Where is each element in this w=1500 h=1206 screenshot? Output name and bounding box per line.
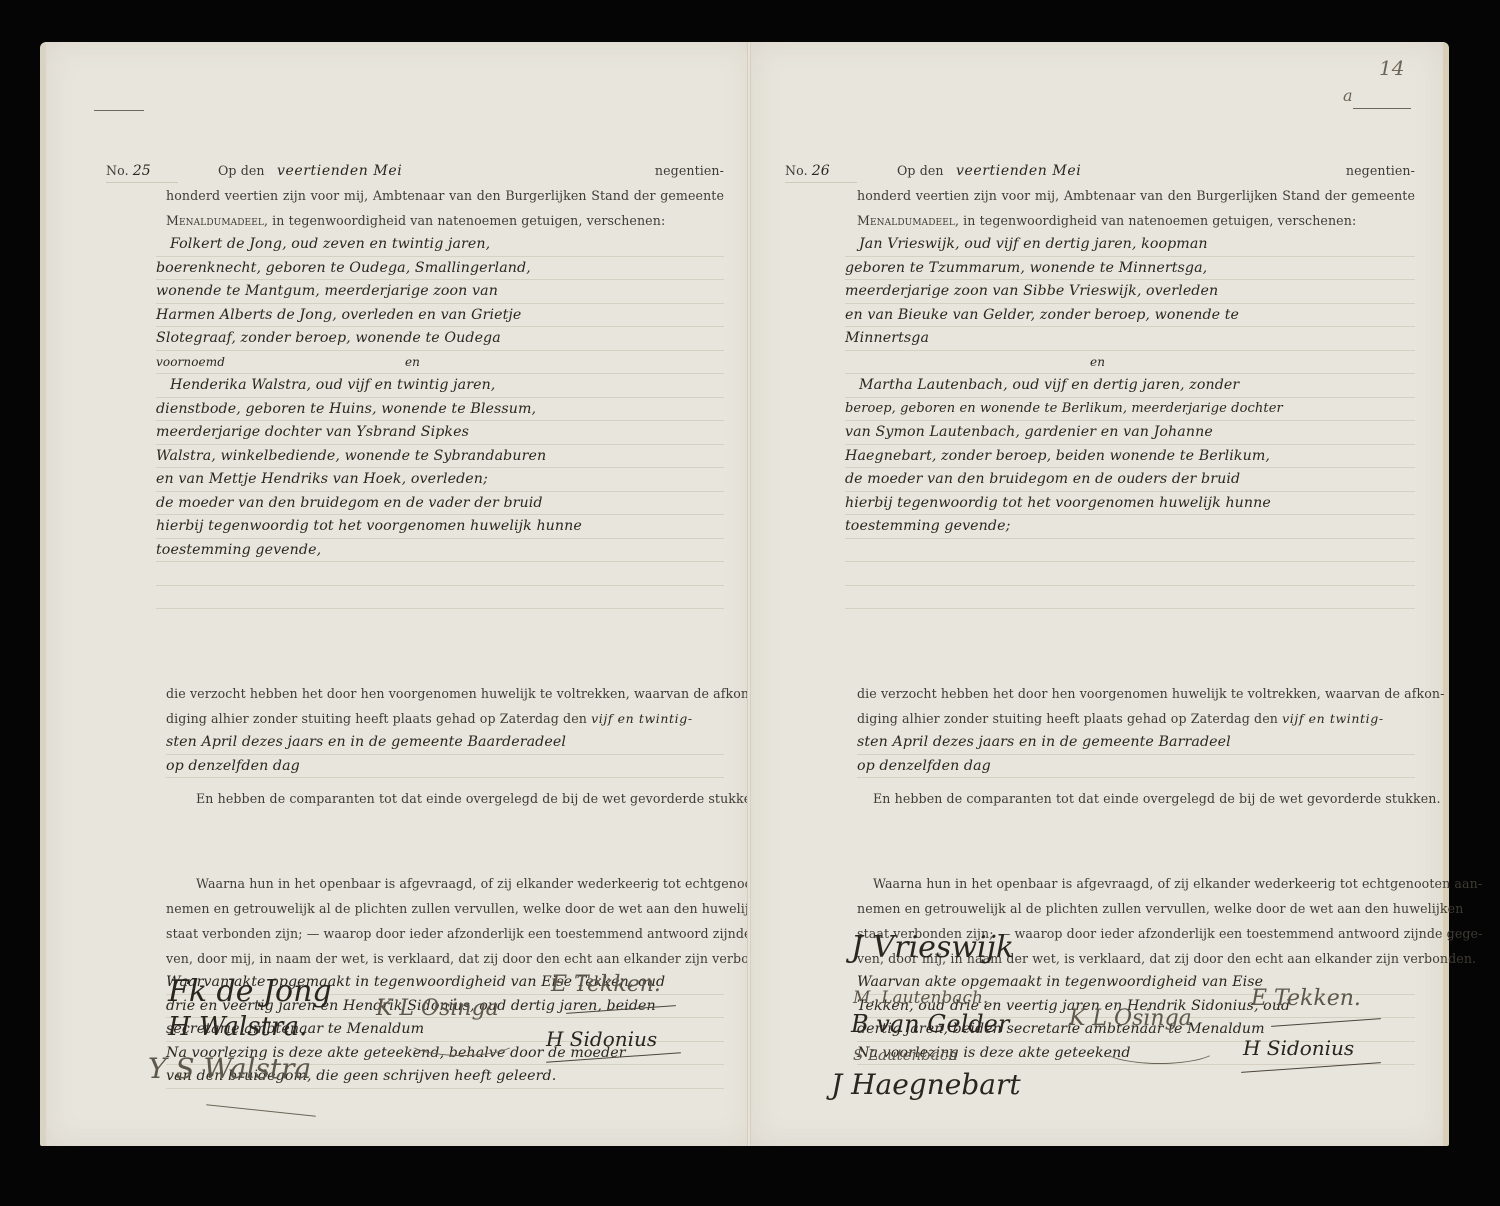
bride-line: Martha Lautenbach, oud vijf en dertig ja… — [845, 374, 1415, 398]
vows-line: nemen en getrouwelijk al de plichten zul… — [857, 896, 1415, 921]
bride-line: hierbij tegenwoordig tot het voorgenomen… — [845, 492, 1415, 516]
municipality-name: Menaldumadeel — [857, 213, 955, 228]
corner-rule — [94, 110, 144, 111]
groom-line: Folkert de Jong, oud zeven en twintig ja… — [156, 233, 724, 257]
left-page: No.25 Op den veertienden Mei negentien- … — [40, 42, 753, 1146]
proclamation-hand-line: op denzelfden dag — [166, 755, 724, 779]
marriage-date-handwritten: veertienden Mei — [277, 163, 402, 179]
proclamation-hand-line: sten April dezes jaars en in de gemeente… — [166, 731, 724, 755]
record-number: 26 — [812, 163, 830, 179]
signature-witness-sidonius: H Sidonius — [1243, 1036, 1354, 1060]
signature-flourish — [406, 1024, 518, 1056]
groom-line: Slotegraaf, zonder beroep, wonende te Ou… — [156, 327, 724, 351]
record-number: 25 — [133, 163, 151, 179]
line1-suffix: negentien- — [1346, 158, 1415, 183]
vows-line: Waarna hun in het openbaar is afgevraagd… — [857, 871, 1415, 896]
bride-line: Walstra, winkelbediende, wonende te Sybr… — [156, 445, 724, 469]
proclamation-section: die verzocht hebben het door hen voorgen… — [785, 681, 1415, 811]
and-word: en — [1090, 351, 1105, 373]
vows-line: ven, door mij, in naam der wet, is verkl… — [166, 946, 724, 971]
signature-groom: Fk de Jong — [168, 974, 332, 1009]
groom-line: Minnertsga — [845, 327, 1415, 351]
marriage-date-handwritten: veertienden Mei — [956, 163, 1081, 179]
groom-line: wonende te Mantgum, meerderjarige zoon v… — [156, 280, 724, 304]
and-line: en — [845, 351, 1415, 375]
vows-line: staat verbonden zijn; — waarop door iede… — [166, 921, 724, 946]
groom-line: boerenknecht, geboren te Oudega, Smallin… — [156, 257, 724, 281]
proclamation-line: diging alhier zonder stuiting heeft plaa… — [166, 706, 724, 731]
vows-line: Waarna hun in het openbaar is afgevraagd… — [166, 871, 724, 896]
printed-line-2: honderd veertien zijn voor mij, Ambtenaa… — [785, 183, 1415, 208]
documents-line: En hebben de comparanten tot dat einde o… — [857, 786, 1415, 811]
vows-line: nemen en getrouwelijk al de plichten zul… — [166, 896, 724, 921]
corner-rule — [1353, 108, 1411, 109]
bride-line: hierbij tegenwoordig tot het voorgenomen… — [156, 515, 724, 539]
record-number-label: No.25 — [106, 158, 151, 184]
corner-mark: a — [1343, 86, 1353, 105]
proclamation-line: die verzocht hebben het door hen voorgen… — [857, 681, 1415, 706]
signature-groom: J Vrieswijk — [851, 930, 1014, 965]
printed-line-3: Menaldumadeel, in tegenwoordigheid van n… — [785, 208, 1415, 233]
signature-bride-father: S Lautenbach — [853, 1046, 958, 1064]
proclamation-line: diging alhier zonder stuiting heeft plaa… — [857, 706, 1415, 731]
groom-line: meerderjarige zoon van Sibbe Vrieswijk, … — [845, 280, 1415, 304]
right-page: 14 a No.26 Op den veertienden Mei negent… — [751, 42, 1449, 1146]
blank-ruled-line — [845, 586, 1415, 610]
signature-witness-sidonius: H Sidonius — [546, 1027, 657, 1051]
bride-line: meerderjarige dochter van Ysbrand Sipkes — [156, 421, 724, 445]
line1-prefix: Op den — [218, 163, 265, 178]
bride-line: van Symon Lautenbach, gardenier en van J… — [845, 421, 1415, 445]
bride-section: Henderika Walstra, oud vijf en twintig j… — [106, 374, 724, 609]
blank-ruled-line — [156, 562, 724, 586]
blank-ruled-line — [845, 539, 1415, 563]
record-header-line: No.26 Op den veertienden Mei negentien- — [785, 158, 1415, 183]
bride-line: dienstbode, geboren te Huins, wonende te… — [156, 398, 724, 422]
documents-line: En hebben de comparanten tot dat einde o… — [166, 786, 724, 811]
signature-bride: M. Lautenbach. — [853, 988, 988, 1008]
proclamation-hand-line: op denzelfden dag — [857, 755, 1415, 779]
and-word: en — [405, 351, 420, 373]
signature-witness-tekken: E Tekken. — [551, 972, 661, 997]
proclamation-section: die verzocht hebben het door hen voorgen… — [106, 681, 724, 811]
bride-line: de moeder van den bruidegom en de ouders… — [845, 468, 1415, 492]
record-number-label: No.26 — [785, 158, 830, 184]
bride-line: beroep, geboren en wonende te Berlikum, … — [845, 398, 1415, 422]
signature-groom-mother: B van Gelder — [851, 1010, 1009, 1038]
groom-section: Folkert de Jong, oud zeven en twintig ja… — [106, 233, 724, 374]
signature-witness-osinga: K L Osinga — [1069, 1006, 1192, 1031]
bride-line: toestemming gevende, — [156, 539, 724, 563]
page-number: 14 — [1379, 56, 1404, 80]
blank-ruled-line — [156, 586, 724, 610]
groom-line: voornoemden — [156, 351, 724, 375]
signature-flourish — [1101, 1032, 1218, 1064]
register-book: No.25 Op den veertienden Mei negentien- … — [40, 42, 1455, 1160]
proclamation-line: die verzocht hebben het door hen voorgen… — [166, 681, 724, 706]
signature-bride-mother: J Haegnebart — [831, 1068, 1021, 1101]
record-header-line: No.25 Op den veertienden Mei negentien- — [106, 158, 724, 183]
signature-witness-tekken: E Tekken. — [1251, 986, 1361, 1011]
groom-line: geboren te Tzummarum, wonende te Minnert… — [845, 257, 1415, 281]
groom-line: en van Bieuke van Gelder, zonder beroep,… — [845, 304, 1415, 328]
line1-suffix: negentien- — [655, 158, 724, 183]
bride-line: en van Mettje Hendriks van Hoek, overled… — [156, 468, 724, 492]
marriage-record-25: No.25 Op den veertienden Mei negentien- … — [106, 158, 724, 1089]
bride-line: Henderika Walstra, oud vijf en twintig j… — [156, 374, 724, 398]
signature-underline — [206, 1104, 316, 1116]
bride-line: Haegnebart, zonder beroep, beiden wonend… — [845, 445, 1415, 469]
printed-line-3: Menaldumadeel, in tegenwoordigheid van n… — [106, 208, 724, 233]
line1-prefix: Op den — [897, 163, 944, 178]
groom-line: Harmen Alberts de Jong, overleden en van… — [156, 304, 724, 328]
groom-line: Jan Vrieswijk, oud vijf en dertig jaren,… — [845, 233, 1415, 257]
groom-section: Jan Vrieswijk, oud vijf en dertig jaren,… — [785, 233, 1415, 374]
signature-bride: H Walstra. — [168, 1012, 307, 1042]
signature-bride-father: Y S Walstra — [148, 1052, 311, 1085]
municipality-name: Menaldumadeel — [166, 213, 264, 228]
bride-section: Martha Lautenbach, oud vijf en dertig ja… — [785, 374, 1415, 609]
signature-witness-osinga: K L Osinga — [376, 996, 499, 1021]
bride-line: de moeder van den bruidegom en de vader … — [156, 492, 724, 516]
printed-line-2: honderd veertien zijn voor mij, Ambtenaa… — [106, 183, 724, 208]
marriage-record-26: No.26 Op den veertienden Mei negentien- … — [785, 158, 1415, 1065]
bride-line: toestemming gevende; — [845, 515, 1415, 539]
blank-ruled-line — [845, 562, 1415, 586]
proclamation-hand-line: sten April dezes jaars en in de gemeente… — [857, 731, 1415, 755]
